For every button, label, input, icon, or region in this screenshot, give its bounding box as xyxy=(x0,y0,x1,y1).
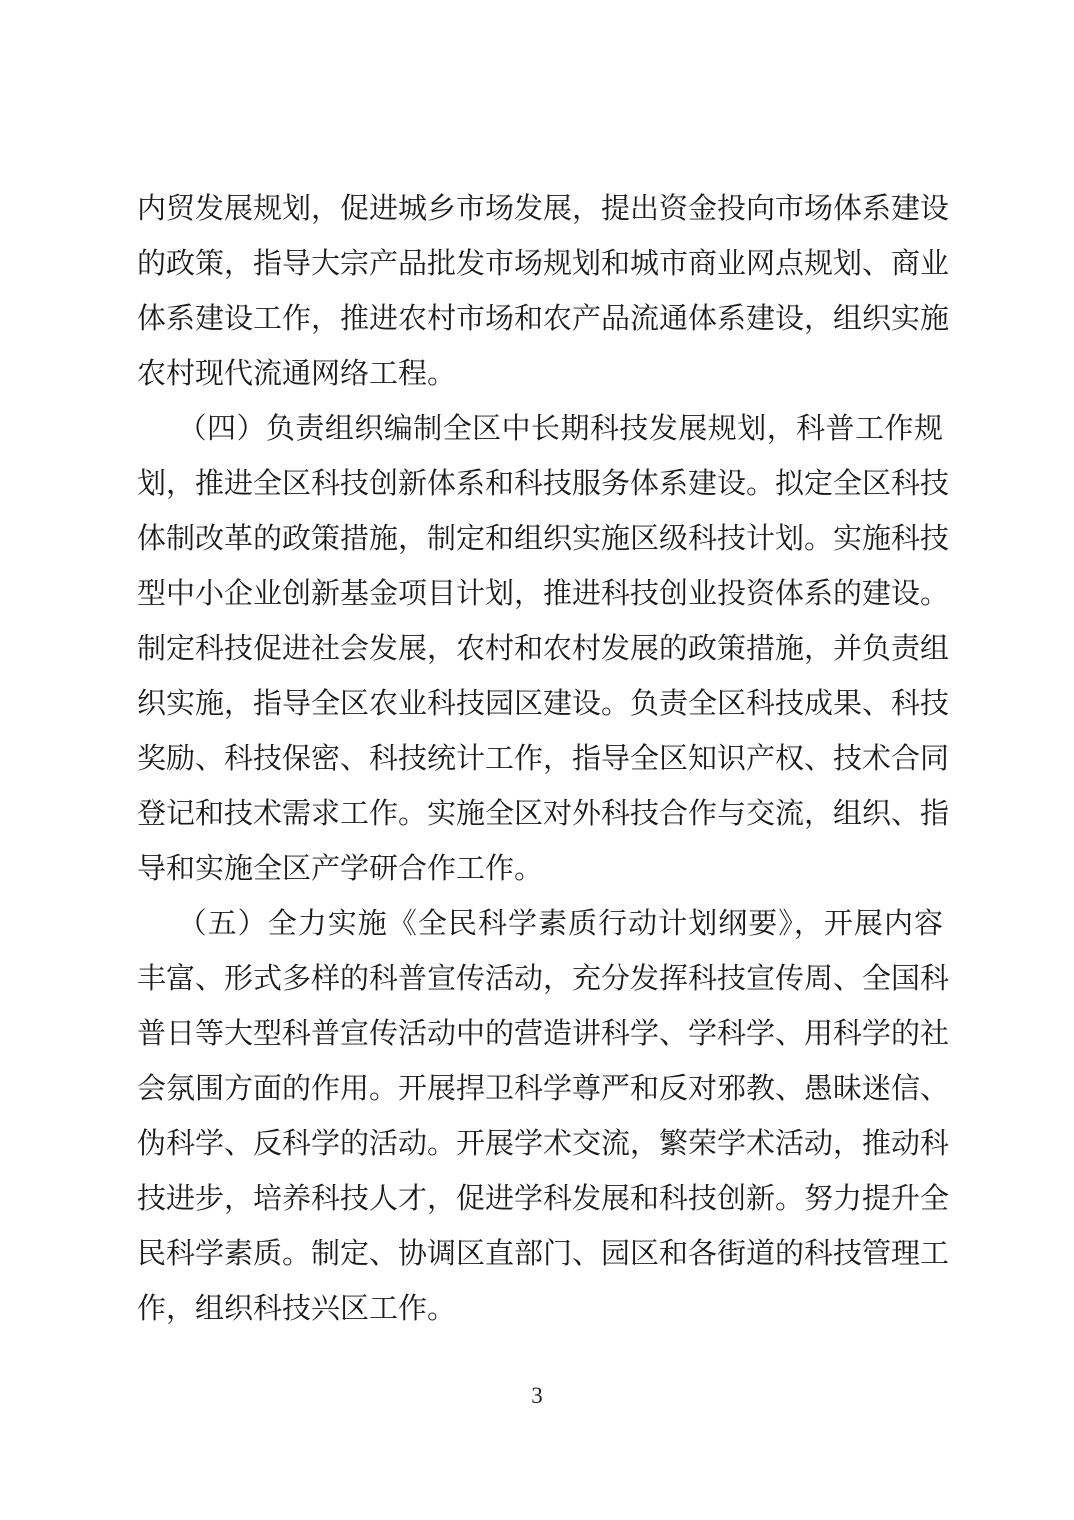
text-line: 体制改革的政策措施，制定和组织实施区级科技计划。实施科技 xyxy=(137,512,943,567)
text-line: 的政策，指导大宗产品批发市场规划和城市商业网点规划、商业 xyxy=(137,237,943,292)
text-line: 会氛围方面的作用。开展捍卫科学尊严和反对邪教、愚昧迷信、 xyxy=(137,1062,943,1117)
page-number: 3 xyxy=(0,1382,1074,1410)
text-line: 制定科技促进社会发展，农村和农村发展的政策措施，并负责组 xyxy=(137,622,943,677)
text-line: 丰富、形式多样的科普宣传活动，充分发挥科技宣传周、全国科 xyxy=(137,952,943,1007)
text-line: （四）负责组织编制全区中长期科技发展规划，科普工作规 xyxy=(137,402,943,457)
text-line: 奖励、科技保密、科技统计工作，指导全区知识产权、技术合同 xyxy=(137,732,943,787)
text-line: 内贸发展规划，促进城乡市场发展，提出资金投向市场体系建设 xyxy=(137,182,943,237)
text-line: 农村现代流通网络工程。 xyxy=(137,347,943,402)
document-page: 内贸发展规划，促进城乡市场发展，提出资金投向市场体系建设的政策，指导大宗产品批发… xyxy=(0,0,1074,1520)
text-line: （五）全力实施《全民科学素质行动计划纲要》，开展内容 xyxy=(137,897,943,952)
text-line: 登记和技术需求工作。实施全区对外科技合作与交流，组织、指 xyxy=(137,787,943,842)
text-line: 普日等大型科普宣传活动中的营造讲科学、学科学、用科学的社 xyxy=(137,1007,943,1062)
paragraph: 内贸发展规划，促进城乡市场发展，提出资金投向市场体系建设的政策，指导大宗产品批发… xyxy=(137,182,943,402)
text-line: 型中小企业创新基金项目计划，推进科技创业投资体系的建设。 xyxy=(137,567,943,622)
text-line: 划，推进全区科技创新体系和科技服务体系建设。拟定全区科技 xyxy=(137,457,943,512)
text-line: 作，组织科技兴区工作。 xyxy=(137,1282,943,1337)
document-body-text: 内贸发展规划，促进城乡市场发展，提出资金投向市场体系建设的政策，指导大宗产品批发… xyxy=(137,182,943,1337)
paragraph: （四）负责组织编制全区中长期科技发展规划，科普工作规划，推进全区科技创新体系和科… xyxy=(137,402,943,897)
text-line: 民科学素质。制定、协调区直部门、园区和各街道的科技管理工 xyxy=(137,1227,943,1282)
text-line: 技进步，培养科技人才，促进学科发展和科技创新。努力提升全 xyxy=(137,1172,943,1227)
text-line: 体系建设工作，推进农村市场和农产品流通体系建设，组织实施 xyxy=(137,292,943,347)
text-line: 伪科学、反科学的活动。开展学术交流，繁荣学术活动，推动科 xyxy=(137,1117,943,1172)
paragraph: （五）全力实施《全民科学素质行动计划纲要》，开展内容丰富、形式多样的科普宣传活动… xyxy=(137,897,943,1337)
text-line: 导和实施全区产学研合作工作。 xyxy=(137,842,943,897)
text-line: 织实施，指导全区农业科技园区建设。负责全区科技成果、科技 xyxy=(137,677,943,732)
